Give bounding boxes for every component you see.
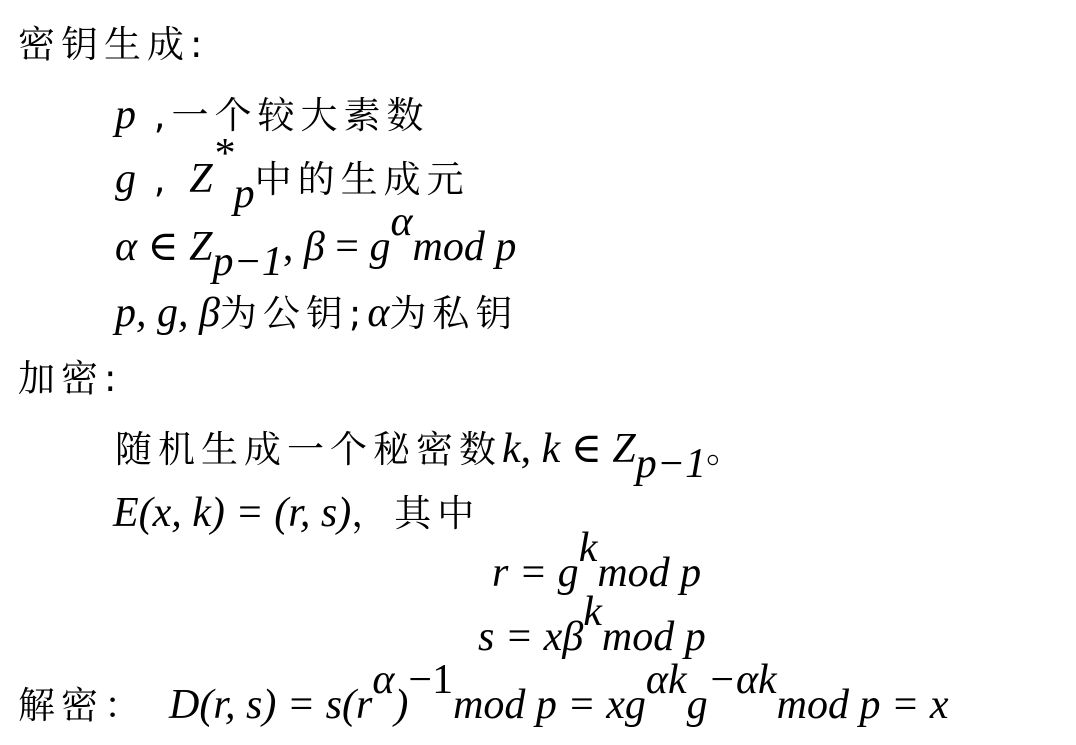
mod-p: mod p [602,614,706,660]
encrypt-formula: E(x, k) = (r, s) [113,490,351,536]
keygen-line-alpha: α ∈ Zp−1, β = gαmod p [115,226,516,268]
decrypt-line: 解密：D(r, s) = s(rα)−1mod p = xgαkg−αkmod … [18,684,948,726]
s-eq: s = xβ [478,614,583,660]
keygen-line-keys: p, g, β为公钥;α为私钥 [115,292,518,334]
var-k: k [542,426,561,472]
alpha: α [115,224,137,270]
p-sub: p [234,171,255,217]
private-key-label: 为私钥 [389,292,518,335]
star-sup: * [213,131,234,177]
formula-s: s = xβkmod p [478,616,706,658]
var-p: p [115,92,136,138]
neg1-sup: −1 [408,657,453,703]
encrypt-line-E: E(x, k) = (r, s)，其中 [113,492,480,534]
sub-p-minus-1: p−1 [213,239,283,285]
var-g: g [687,682,708,728]
r-eq: r = g [492,550,579,596]
mod-p: mod p [413,224,517,270]
decrypt-formula-b: mod p = xg [453,682,646,728]
comma: , [136,158,189,201]
k-sup: k [579,525,598,571]
period: 。 [706,428,749,471]
encrypt-heading: 加密: [18,360,122,397]
keygen-heading: 密钥生成: [18,26,208,63]
formula-r: r = gkmod p [492,552,701,594]
var-k: k [502,426,521,472]
encrypt-line-k: 随机生成一个秘密数k, k ∈ Zp−1。 [115,428,749,470]
k-sup: k [583,589,602,635]
decrypt-formula-c: mod p = x [777,682,949,728]
keygen-line-p: p ,一个较大素数 [115,94,430,136]
keygen-line-g: g , Z*p中的生成元 [115,158,470,200]
var-g: g [369,224,390,270]
where-label: ，其中 [351,492,480,535]
mod-p: mod p [597,550,701,596]
comma: , [283,224,304,270]
alpha-k-sup: αk [646,657,687,703]
in-sym: ∈ [137,224,189,270]
random-desc: 随机生成一个秘密数 [115,428,502,471]
comma: , [521,426,542,472]
var-Z: Z [612,426,635,472]
decrypt-heading: 解密： [18,684,147,727]
paren-close: ) [394,682,408,728]
public-vars: p, g, β [115,290,220,336]
beta: β [304,224,325,270]
var-Z: Z [189,156,212,202]
neg-alpha-k-sup: −αk [708,657,777,703]
decrypt-formula-a: D(r, s) = s(r [169,682,372,728]
var-g: g [115,156,136,202]
alpha-sup: α [372,657,394,703]
sub-p-minus-1: p−1 [636,441,706,487]
alpha: α [367,290,389,336]
in-sym: ∈ [560,426,612,472]
public-key-label: 为公钥; [220,292,367,335]
prime-desc: ,一个较大素数 [136,94,430,137]
eq: = [325,224,370,270]
generator-desc: 中的生成元 [255,158,470,201]
alpha-sup: α [390,199,412,245]
var-Z: Z [189,224,212,270]
